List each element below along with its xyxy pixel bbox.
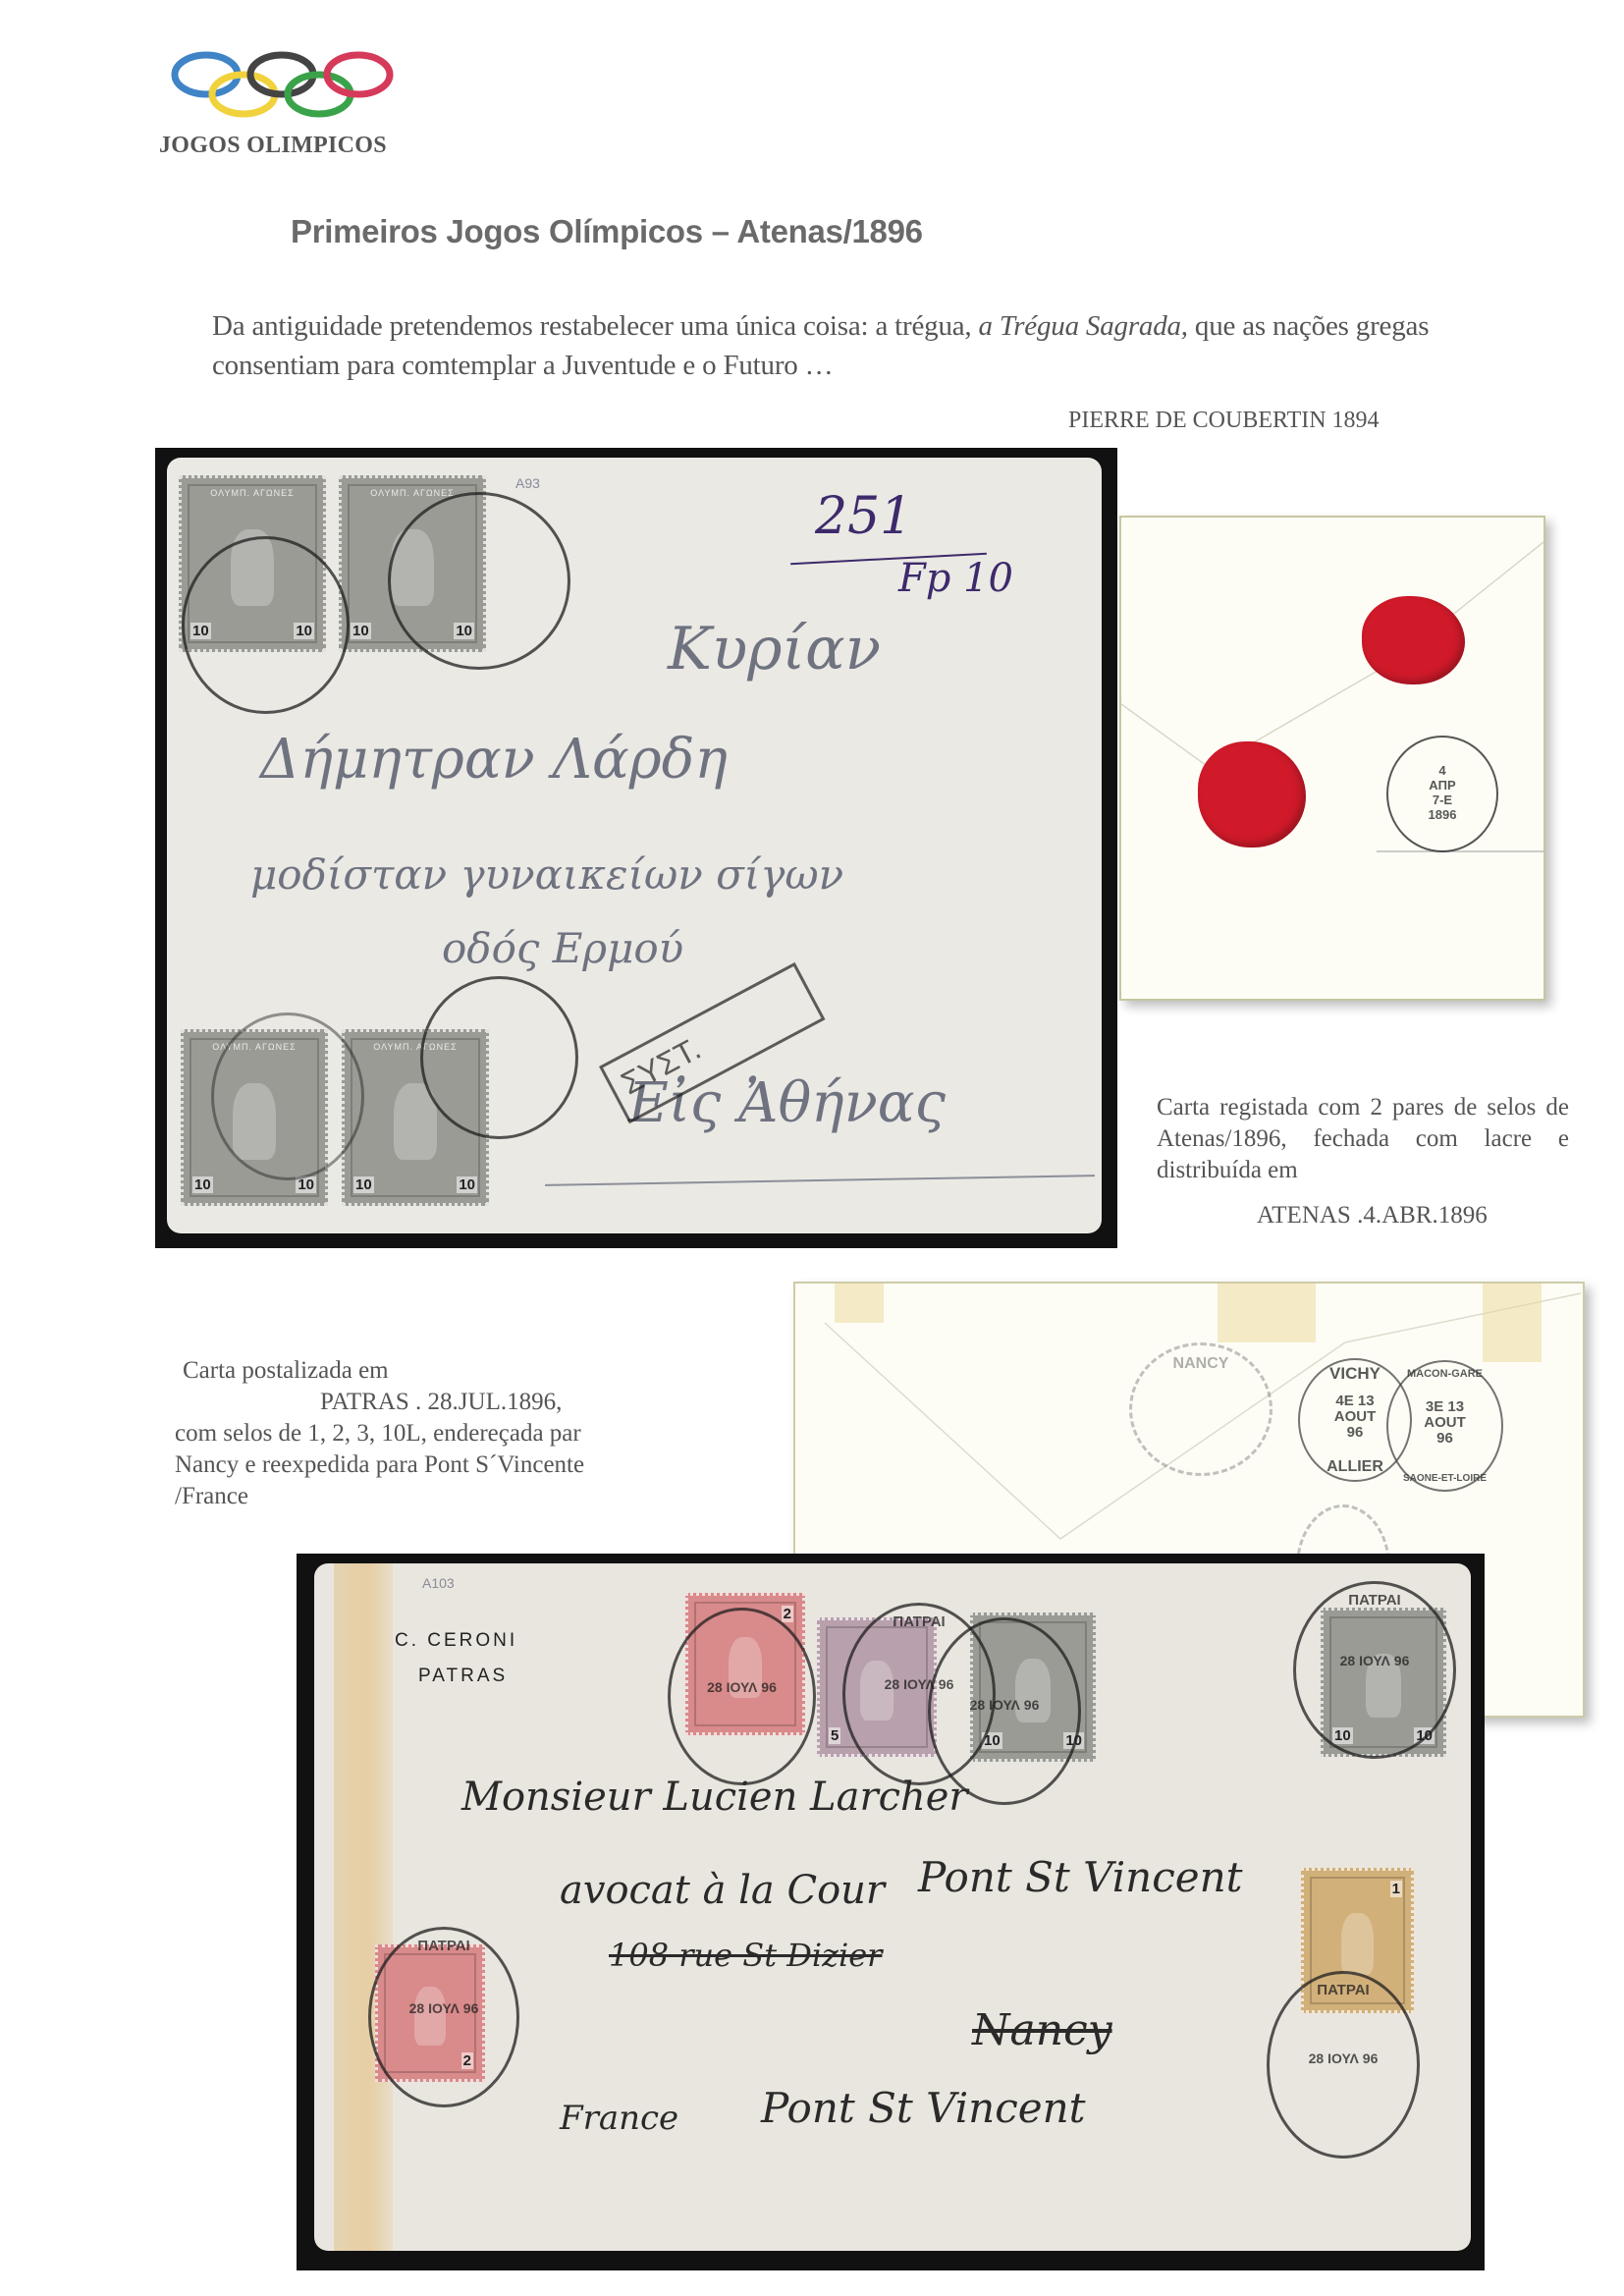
patras-postmark: ΠΑΤΡΑΙ 28 ΙΟΥΛ 96 (1293, 1581, 1456, 1759)
quote-author: PIERRE DE COUBERTIN 1894 (1068, 408, 1380, 434)
address-line: μοδίσταν γυναικείων σίγων (250, 850, 843, 899)
address-line: Pont St Vincent (918, 1853, 1243, 1901)
page-title: Primeiros Jogos Olímpicos – Atenas/1896 (291, 213, 923, 250)
postmark (182, 536, 350, 714)
quote-text-italic: a Trégua Sagrada, (979, 310, 1188, 342)
pencil-reference: A93 (515, 475, 540, 491)
address-line: avocat à la Cour (560, 1868, 885, 1913)
address-line: 108 rue St Dizier (609, 1937, 882, 1974)
cover1-back-image: 4 ΑΠΡ 7-Ε 1896 (1119, 516, 1545, 1001)
olympic-rings-logo (162, 47, 407, 126)
address-line: Δήμητραν Λάρδη (260, 728, 728, 792)
sender-name: C. CERONI (395, 1630, 517, 1652)
quote: Da antiguidade pretendemos restabelecer … (212, 306, 1479, 385)
caption-cover1-place-date: ATENAS .4.ABR.1896 (1257, 1200, 1488, 1231)
postmark (388, 492, 570, 670)
registration-number: 251 (815, 487, 912, 546)
cover1-image: ΟΛΥΜΠ. ΑΓΩΝΕΣ 1010 ΟΛΥΜΠ. ΑΓΩΝΕΣ 1010 A9… (167, 458, 1102, 1233)
cover2-image: A103 C. CERONI PATRAS 2 5 1010 1010 1 2 … (314, 1563, 1471, 2251)
macon-postmark: MACON-GARE 3E 13 AOUT 96 SAONE-ET-LOIRE (1386, 1360, 1503, 1492)
athens-postmark: 4 ΑΠΡ 7-Ε 1896 (1386, 736, 1498, 852)
patras-postmark: ΠΑΤΡΑΙ 28 ΙΟΥΛ 96 (368, 1927, 519, 2107)
patras-postmark: 28 ΙΟΥΛ 96 (668, 1608, 816, 1785)
envelope-edge-stain (334, 1563, 393, 2251)
address-line: Nancy (972, 2005, 1112, 2055)
sender-city: PATRAS (418, 1666, 508, 1687)
address-line: France (560, 2099, 678, 2138)
address-underline (545, 1175, 1095, 1186)
logo-caption: JOGOS OLIMPICOS (159, 133, 387, 159)
postmark (420, 976, 578, 1139)
address-line: Κυρίαν (668, 615, 881, 683)
caption-cover1: Carta registada com 2 pares de selos de … (1157, 1092, 1569, 1186)
wax-seal (1198, 741, 1306, 847)
address-line: Pont St Vincent (761, 2084, 1086, 2132)
postmark (211, 1012, 364, 1180)
wax-seal (1362, 596, 1465, 684)
address-line: Monsieur Lucien Larcher (461, 1775, 968, 1820)
nancy-postmark: NANCY (1129, 1342, 1272, 1476)
quote-text-before: Da antiguidade pretendemos restabelecer … (212, 310, 979, 342)
patras-postmark: ΠΑΤΡΑΙ 28 ΙΟΥΛ 96 (1267, 1971, 1420, 2159)
caption-cover2: Carta postalizada em PATRAS . 28.JUL.189… (175, 1355, 725, 1512)
pencil-reference: A103 (422, 1575, 455, 1591)
registration-note: Fp 10 (898, 556, 1013, 601)
address-line: οδός Ερμού (442, 924, 683, 972)
